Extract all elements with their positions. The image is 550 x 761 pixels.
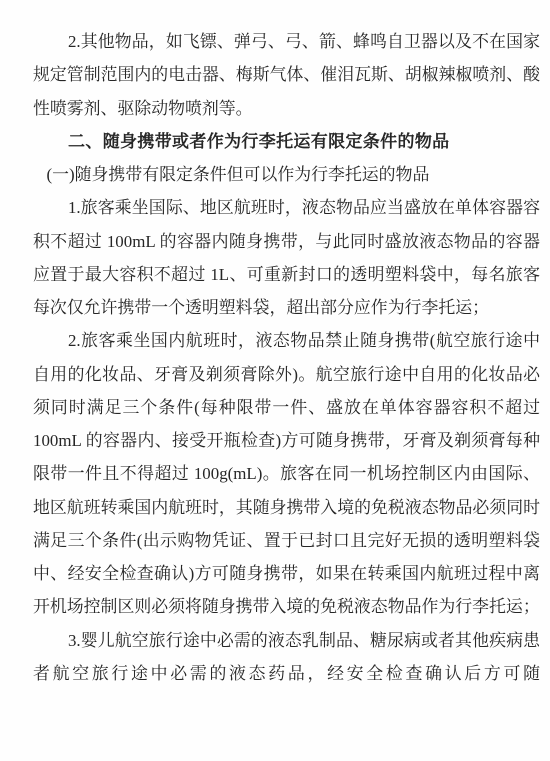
- subsection-heading-carryon-limited-checked-ok: (一)随身携带有限定条件但可以作为行李托运的物品: [33, 158, 540, 191]
- paragraph-infant-medical-liquids: 3.婴儿航空旅行途中必需的液态乳制品、糖尿病或者其他疾病患者航空旅行途中必需的液…: [33, 624, 540, 691]
- document-page: 2.其他物品，如飞镖、弹弓、弓、箭、蜂鸣自卫器以及不在国家规定管制范围内的电击器…: [0, 0, 550, 761]
- paragraph-other-self-defense-items: 2.其他物品，如飞镖、弹弓、弓、箭、蜂鸣自卫器以及不在国家规定管制范围内的电击器…: [33, 25, 540, 125]
- paragraph-international-flight-liquids: 1.旅客乘坐国际、地区航班时，液态物品应当盛放在单体容器容积不超过 100mL …: [33, 191, 540, 324]
- paragraph-domestic-flight-liquids: 2.旅客乘坐国内航班时，液态物品禁止随身携带(航空旅行途中自用的化妆品、牙膏及剃…: [33, 324, 540, 623]
- section-heading-limited-condition-items: 二、随身携带或者作为行李托运有限定条件的物品: [33, 125, 540, 158]
